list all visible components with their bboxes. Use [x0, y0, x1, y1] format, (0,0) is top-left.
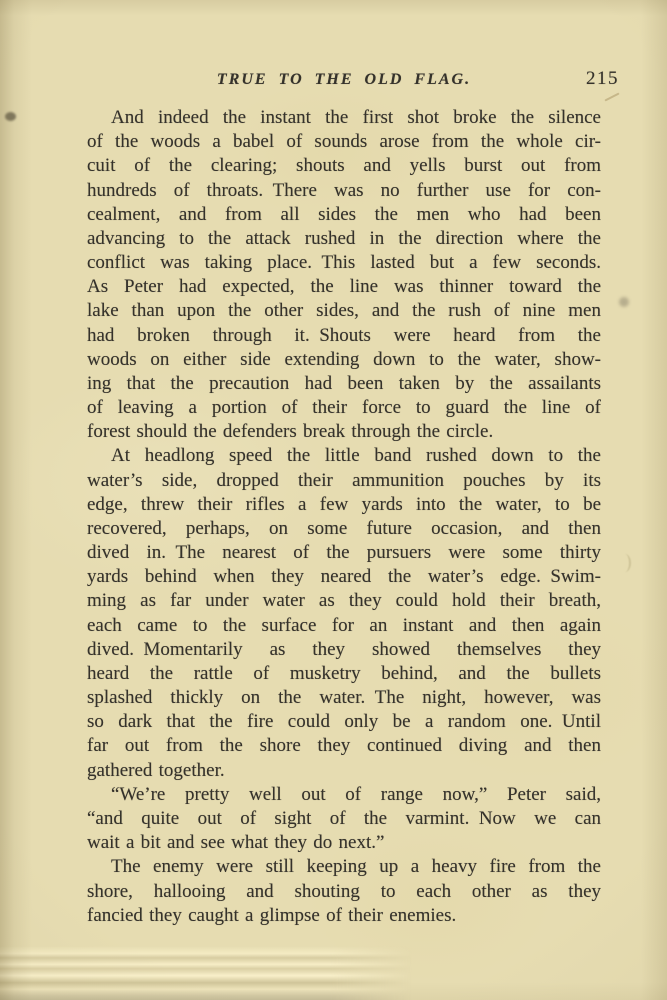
ink-speck-right	[619, 297, 629, 307]
text-line: forest should the defenders break throug…	[87, 420, 601, 444]
book-page-edges	[0, 946, 412, 1000]
text-line: “and quite out of sight of the varmint. …	[87, 807, 601, 831]
text-block: And indeed the instant the first shot br…	[87, 106, 601, 928]
text-line: ming as far under water as they could ho…	[87, 589, 601, 613]
book-page-scan: { "header": { "title": "TRUE TO THE OLD …	[0, 0, 667, 1000]
text-line: fancied they caught a glimpse of their e…	[87, 904, 601, 928]
text-line: conflict was taking place. This lasted b…	[87, 251, 601, 275]
paragraph: The enemy were still keeping up a heavy …	[87, 855, 601, 928]
text-line: far out from the shore they continued di…	[87, 734, 601, 758]
text-line: dived. Momentarily as they showed themse…	[87, 638, 601, 662]
text-line: wait a bit and see what they do next.”	[87, 831, 601, 855]
text-line: so dark that the fire could only be a ra…	[87, 710, 601, 734]
paragraph: At headlong speed the little band rushed…	[87, 444, 601, 782]
text-line: shore, hallooing and shouting to each ot…	[87, 880, 601, 904]
text-line: As Peter had expected, the line was thin…	[87, 275, 601, 299]
text-line: had broken through it. Shouts were heard…	[87, 324, 601, 348]
faint-pen-mark	[604, 92, 619, 101]
page-number: 215	[586, 68, 619, 90]
paragraph: And indeed the instant the first shot br…	[87, 106, 601, 444]
text-line: woods on either side extending down to t…	[87, 348, 601, 372]
text-line: water’s side, dropped their ammunition p…	[87, 469, 601, 493]
text-line: yards behind when they neared the water’…	[87, 565, 601, 589]
text-line: And indeed the instant the first shot br…	[87, 106, 601, 130]
text-line: gathered together.	[87, 759, 601, 783]
text-line: splashed thickly on the water. The night…	[87, 686, 601, 710]
text-line: recovered, perhaps, on some future occas…	[87, 517, 601, 541]
ink-speck-left	[5, 112, 16, 121]
text-line: of the woods a babel of sounds arose fro…	[87, 130, 601, 154]
text-line: advancing to the attack rushed in the di…	[87, 227, 601, 251]
text-line: At headlong speed the little band rushed…	[87, 444, 601, 468]
text-line: edge, threw their rifles a few yards int…	[87, 493, 601, 517]
text-line: each came to the surface for an instant …	[87, 614, 601, 638]
text-line: cuit of the clearing; shouts and yells b…	[87, 154, 601, 178]
text-line: ing that the precaution had been taken b…	[87, 372, 601, 396]
text-line: of leaving a portion of their force to g…	[87, 396, 601, 420]
faint-arc-mark	[619, 554, 631, 572]
text-line: The enemy were still keeping up a heavy …	[87, 855, 601, 879]
text-line: “We’re pretty well out of range now,” Pe…	[87, 783, 601, 807]
text-line: lake than upon the other sides, and the …	[87, 299, 601, 323]
text-line: cealment, and from all sides the men who…	[87, 203, 601, 227]
text-line: heard the rattle of musketry behind, and…	[87, 662, 601, 686]
paragraph: “We’re pretty well out of range now,” Pe…	[87, 783, 601, 856]
text-line: hundreds of throats. There was no furthe…	[87, 179, 601, 203]
text-line: dived in. The nearest of the pursuers we…	[87, 541, 601, 565]
running-header-title: TRUE TO THE OLD FLAG.	[87, 70, 601, 90]
